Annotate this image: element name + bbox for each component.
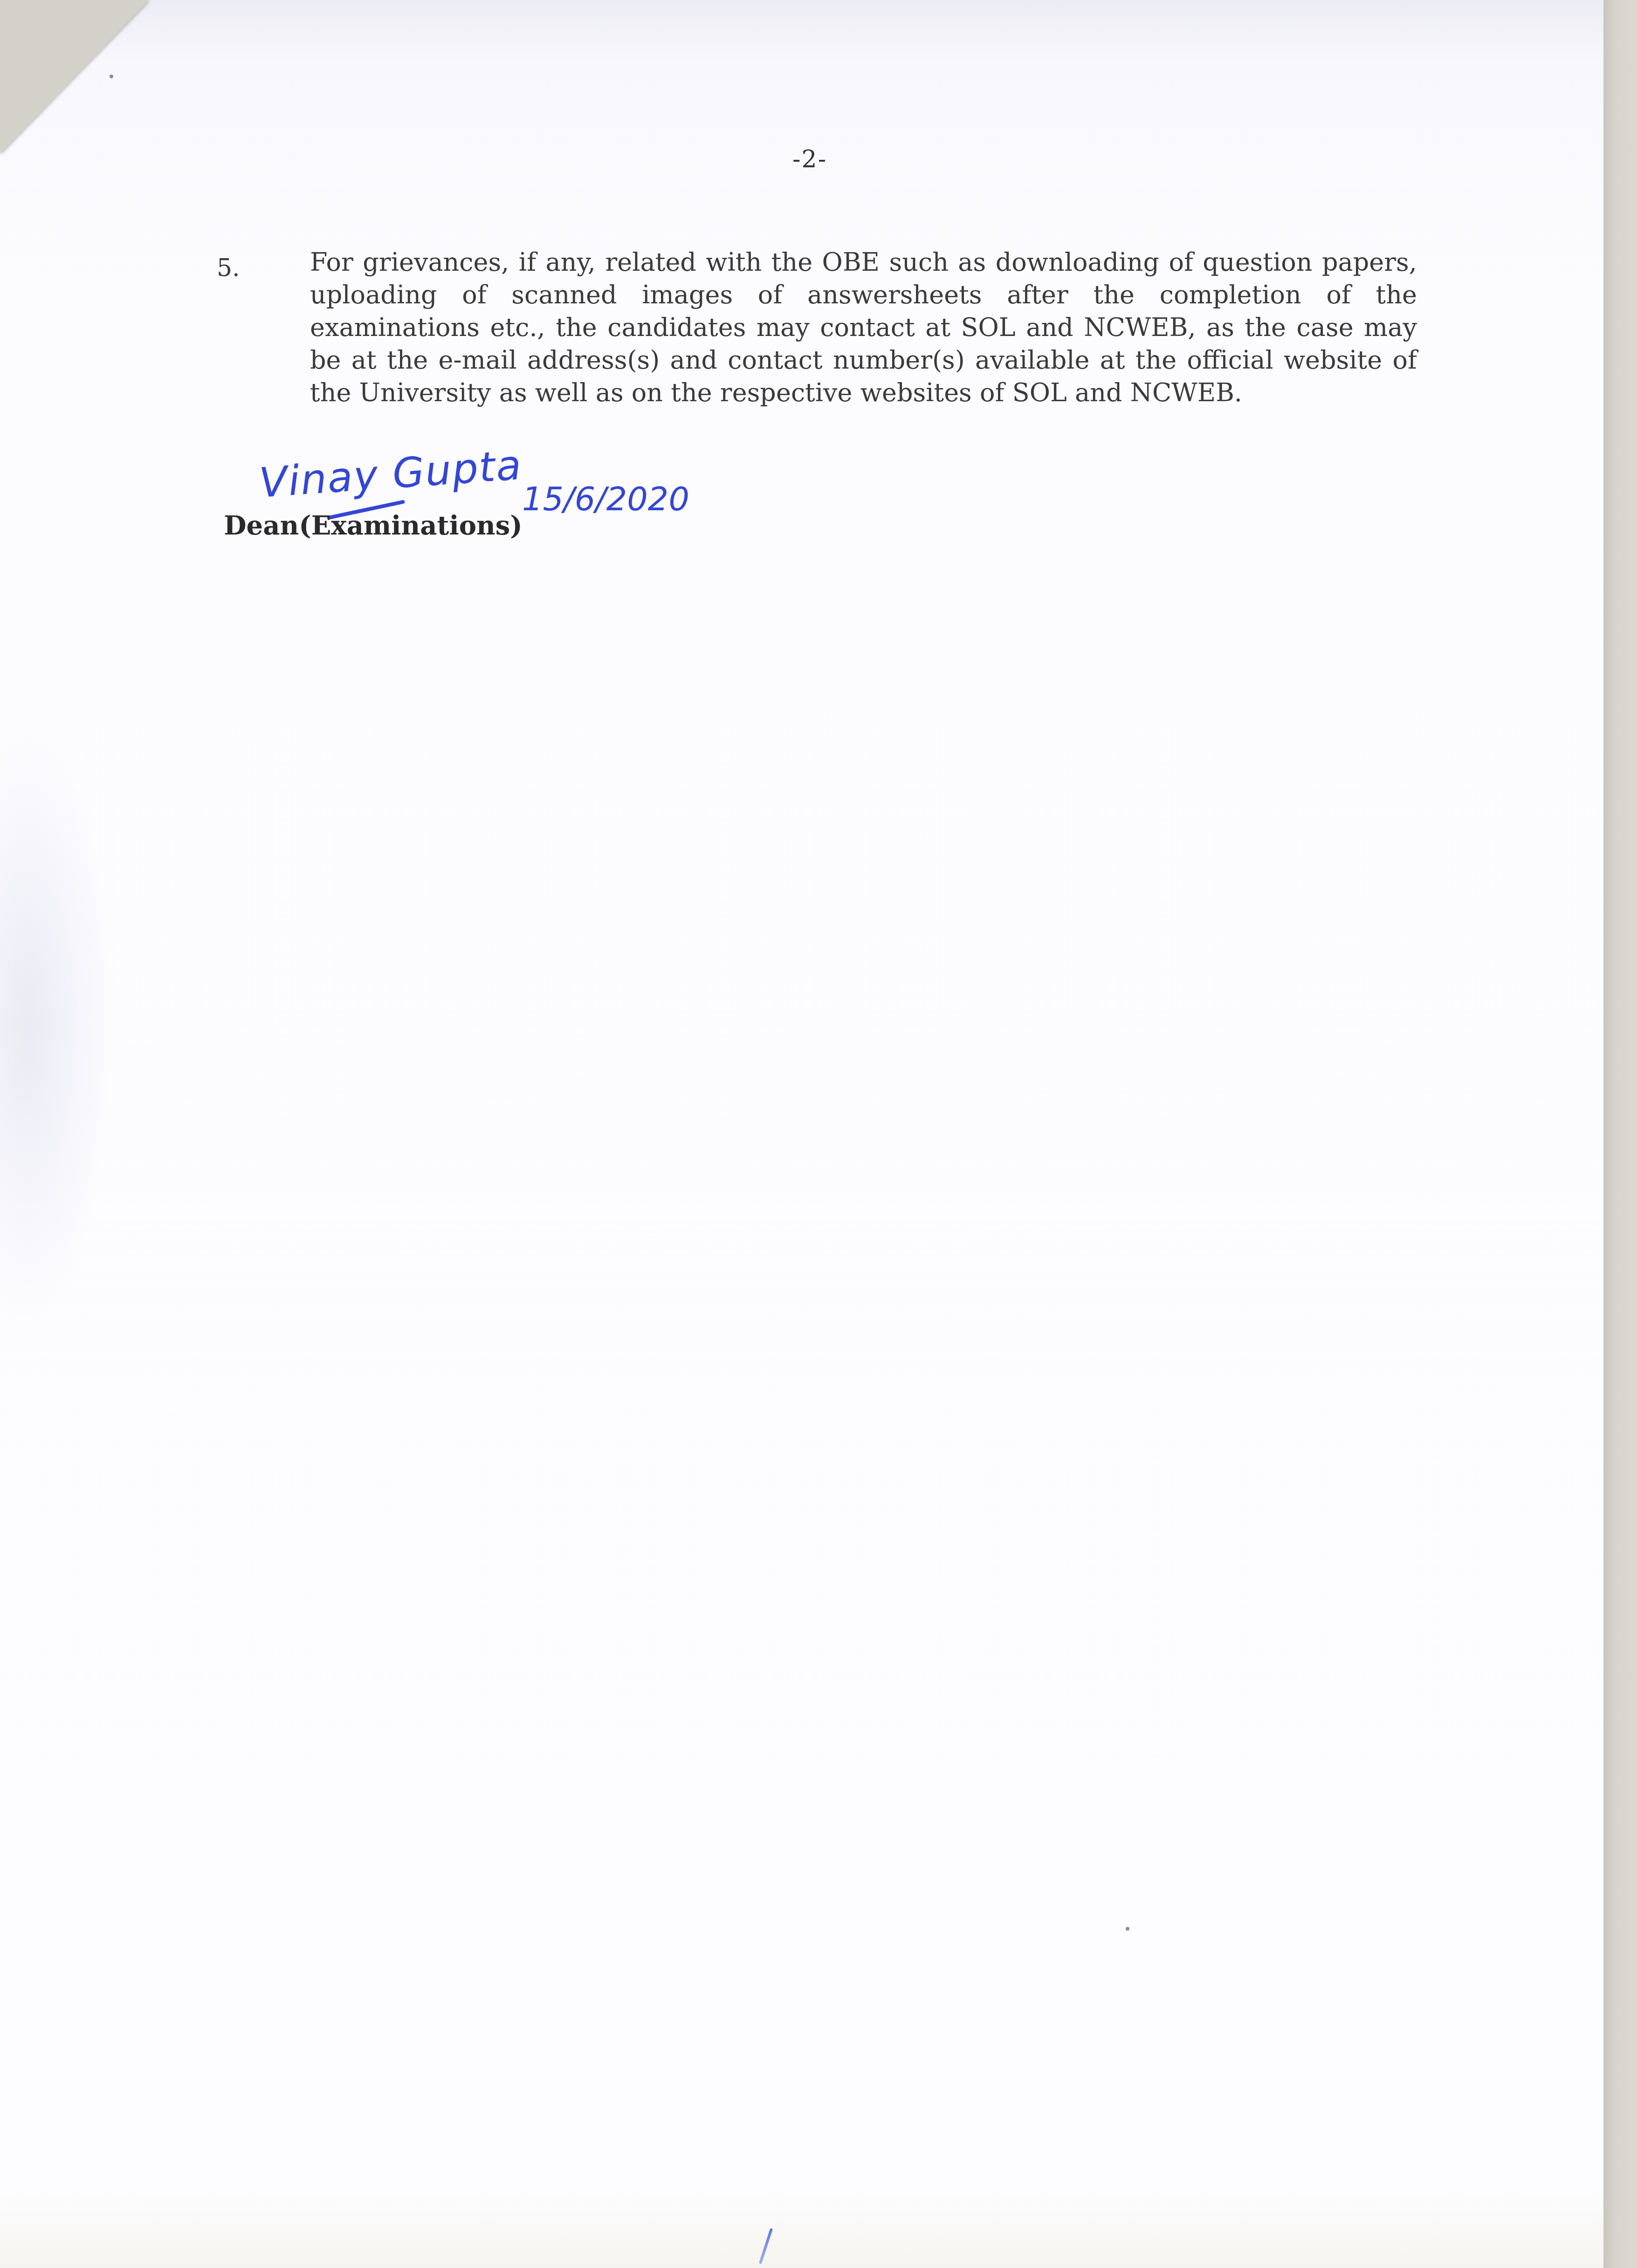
scan-speck	[110, 75, 113, 78]
scanner-edge	[1603, 0, 1637, 2268]
signatory-designation: Dean(Examinations)	[224, 510, 523, 541]
folded-corner	[0, 0, 149, 154]
list-item-text: For grievances, if any, related with the…	[310, 246, 1417, 409]
page-number: -2-	[792, 145, 827, 173]
scan-speck	[1126, 1927, 1129, 1931]
list-item-number: 5.	[217, 254, 240, 282]
handwritten-date: 15/6/2020	[522, 480, 689, 518]
